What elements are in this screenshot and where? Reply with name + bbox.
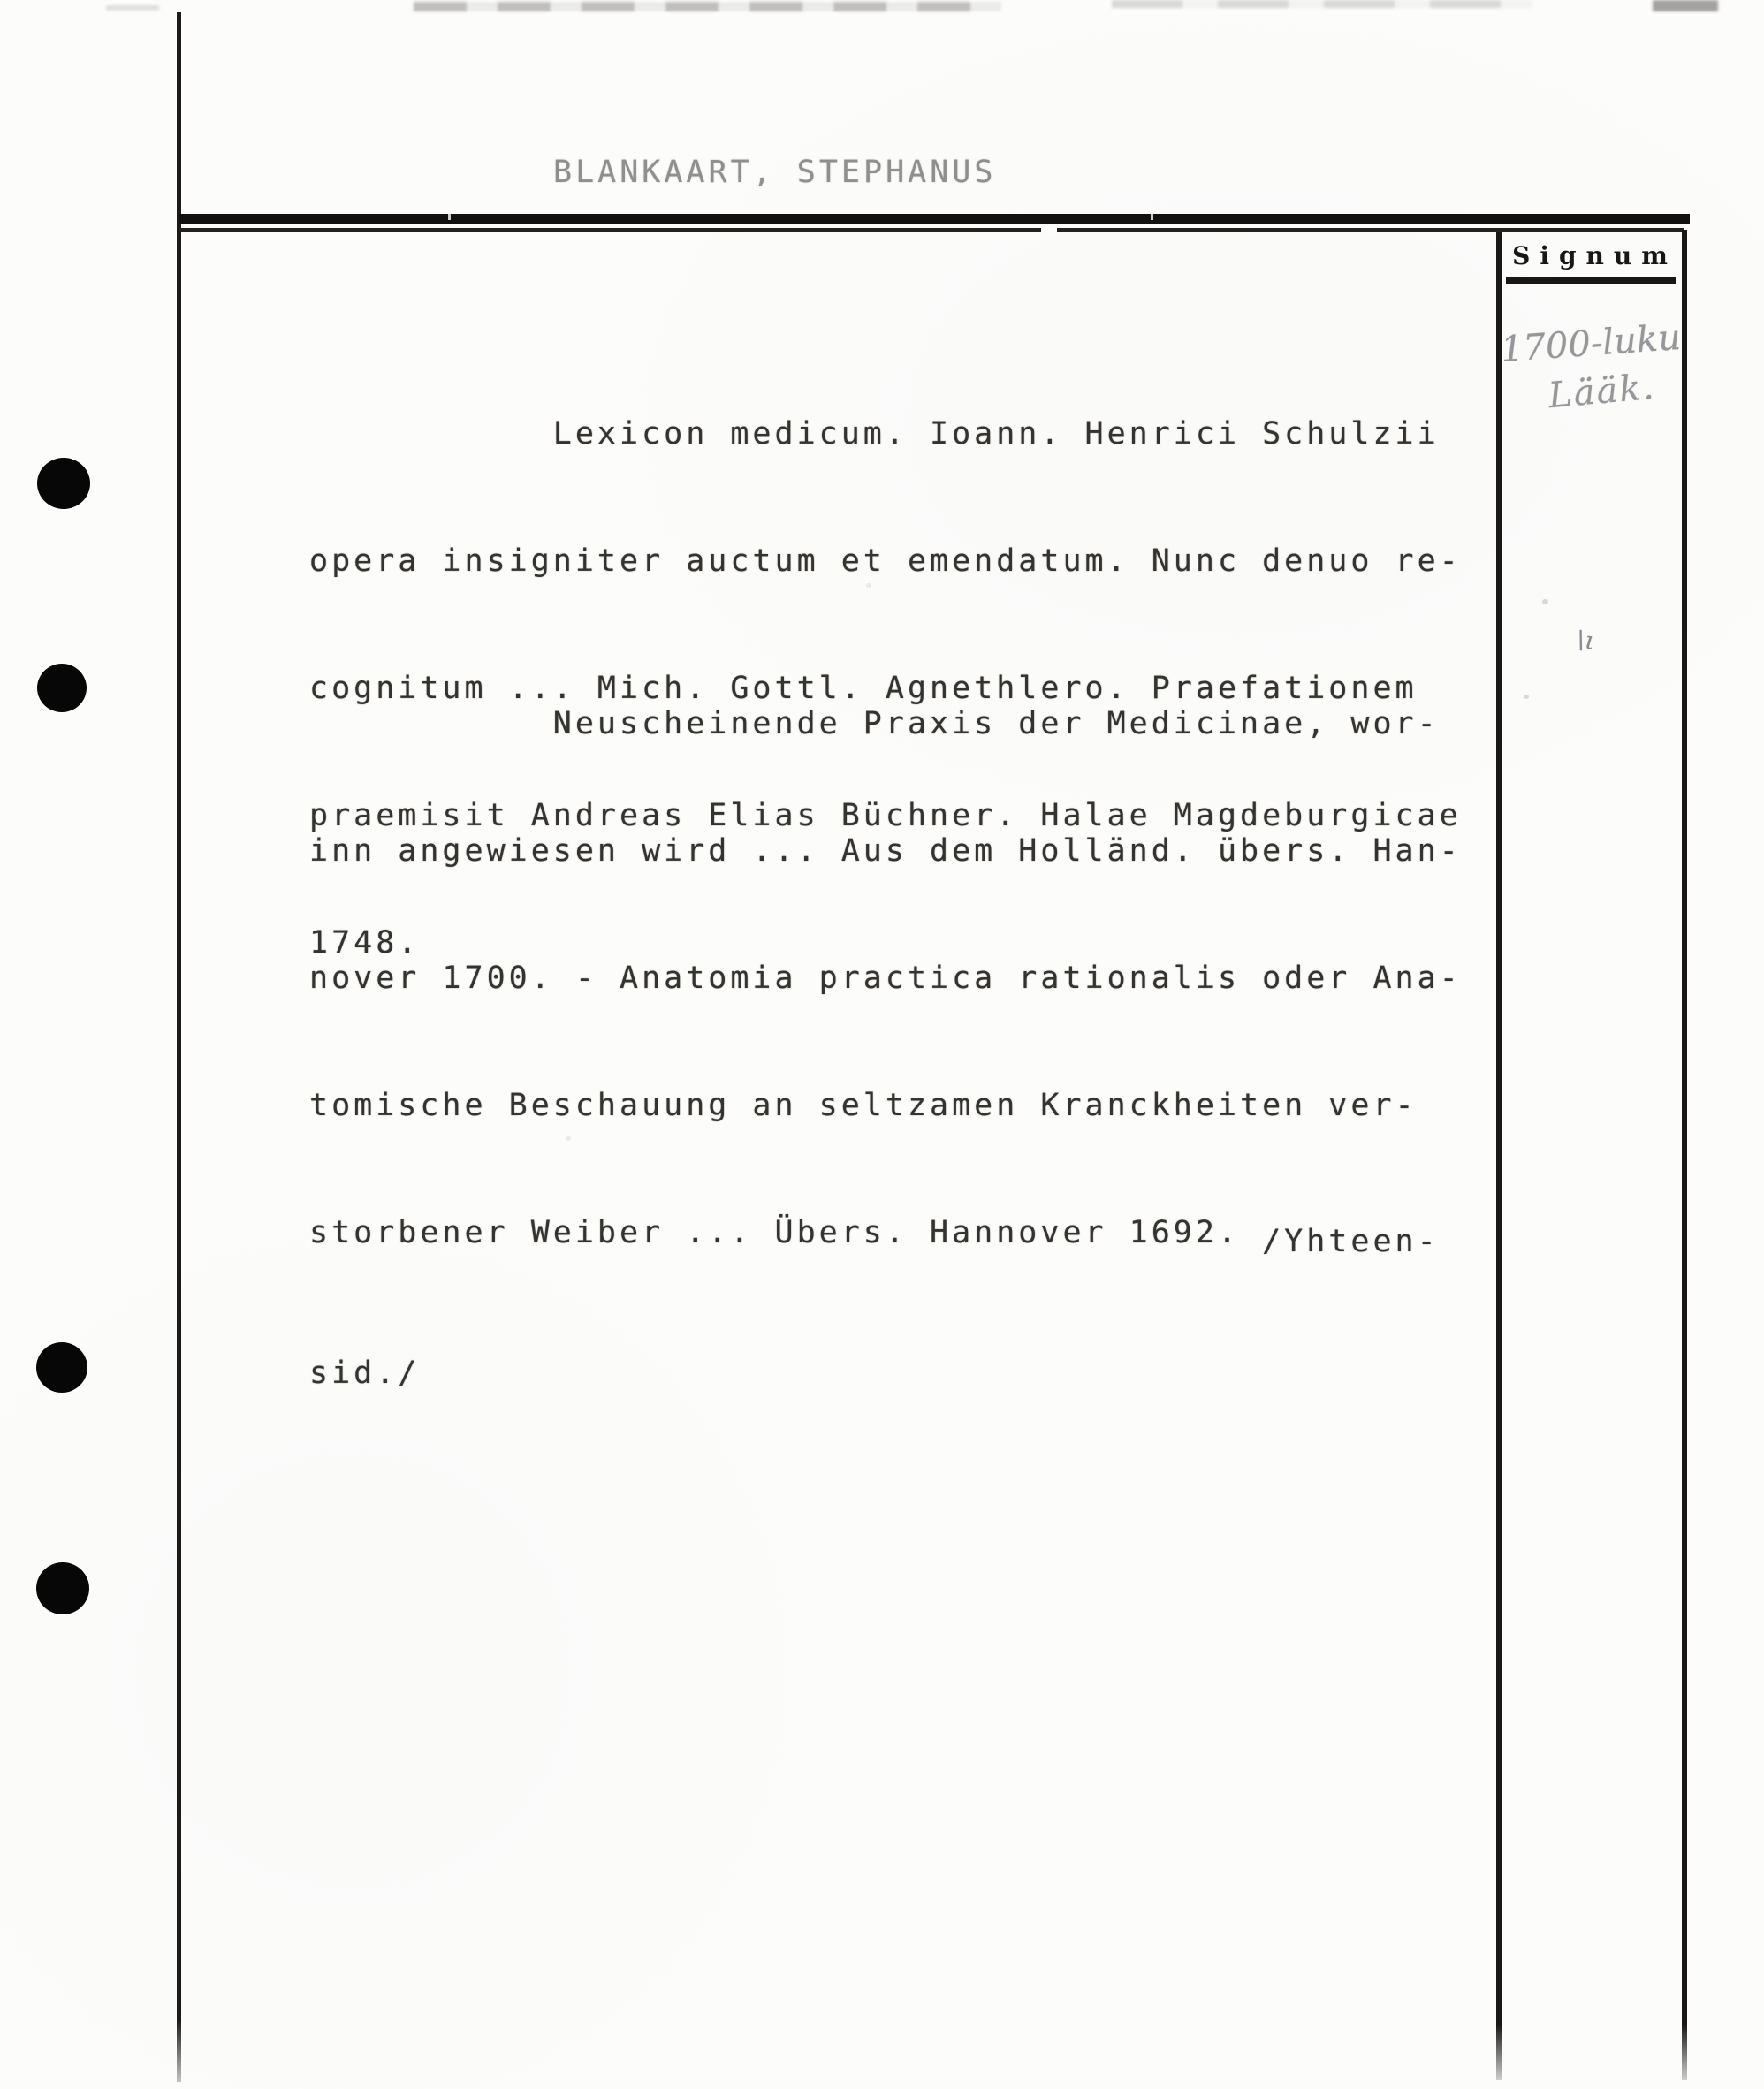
entry-2-line5-main: storbener Weiber ... Übers. Hannover 169…	[309, 1215, 1262, 1250]
punch-hole	[36, 1342, 87, 1393]
signum-label-underline	[1506, 277, 1676, 284]
punch-hole	[37, 664, 87, 712]
entry-2-line: inn angewiesen wird ... Aus dem Holländ.…	[309, 830, 1462, 872]
rule-nick	[1151, 214, 1153, 220]
page-heading: BLANKAART, STEPHANUS	[553, 151, 996, 194]
header-rule-thick	[179, 214, 1690, 224]
paper-speck	[1524, 695, 1529, 699]
catalog-card-page: Signum BLANKAART, STEPHANUS Lexicon medi…	[0, 0, 1764, 2089]
handwritten-signum-note-line1: 1700-luku	[1500, 317, 1683, 370]
entry-2-line: storbener Weiber ... Übers. Hannover 169…	[309, 1212, 1462, 1254]
scan-smudge-top-left	[414, 2, 1001, 11]
signum-column-left-border	[1496, 232, 1502, 2080]
punch-hole	[37, 458, 90, 509]
scan-smudge-top-right	[1112, 0, 1532, 8]
entry-2-line: nover 1700. - Anatomia practica rational…	[309, 957, 1462, 999]
signum-column-label: Signum	[1496, 244, 1684, 269]
entry-2-paragraph: Neuscheinende Praxis der Medicinae, wor-…	[309, 618, 1462, 1479]
left-margin-rule	[177, 12, 181, 2082]
rule-gap	[1041, 227, 1057, 233]
entry-2-line: sid./	[309, 1352, 1462, 1394]
paper-speck	[1542, 599, 1548, 604]
entry-1-line: Lexicon medicum. Ioann. Henrici Schulzii	[309, 413, 1462, 455]
scan-smudge-top-corner	[1653, 0, 1718, 11]
handwritten-signum-note-line2: Lääk.	[1547, 367, 1657, 416]
punch-hole	[36, 1562, 89, 1614]
rule-nick	[448, 214, 451, 220]
header-rule-thin	[179, 228, 1684, 232]
entry-1-line: opera insigniter auctum et emendatum. Nu…	[309, 540, 1462, 582]
entry-2-line: tomische Beschauung an seltzamen Kranckh…	[309, 1084, 1462, 1127]
entry-2-line: Neuscheinende Praxis der Medicinae, wor-	[309, 703, 1462, 745]
scan-smudge-top-edge	[106, 5, 159, 11]
handwritten-pencil-mark: \ι	[1575, 625, 1596, 656]
signum-column-right-border	[1682, 230, 1687, 2080]
entry-2-line5-shifted-tail: /Yhteen-	[1262, 1220, 1440, 1263]
